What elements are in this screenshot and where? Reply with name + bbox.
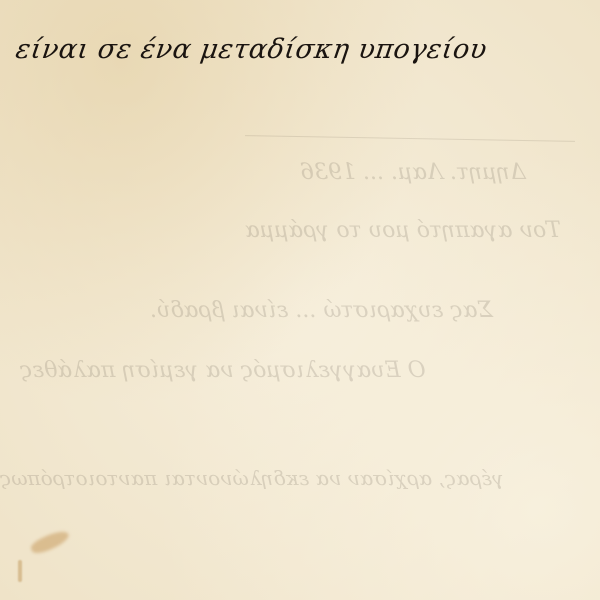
bleed-through-text: Δημητ. Λαμ. ... 1936 — [300, 160, 526, 185]
paper-stain — [18, 560, 22, 582]
handwritten-text-line: είναι σε ένα μεταδίσκη υπογείου — [14, 34, 489, 65]
bleed-through-text: γέρας, αρχίσαν να εκδηλώνονται παντοιοτρ… — [0, 466, 504, 490]
bleed-through-text: Ο Ευαγγελισμός να γεμίση παλάθες — [20, 358, 426, 383]
bleed-through-text: Σας ευχαριστώ ... είναι βραδύ. — [150, 298, 493, 323]
scanned-document-page: είναι σε ένα μεταδίσκη υπογείου Δημητ. Λ… — [0, 0, 600, 600]
bleed-through-rule — [245, 135, 575, 142]
paper-stain — [29, 527, 71, 557]
bleed-through-text: Τον αγαπητό μου το γράμμα — [245, 218, 561, 243]
